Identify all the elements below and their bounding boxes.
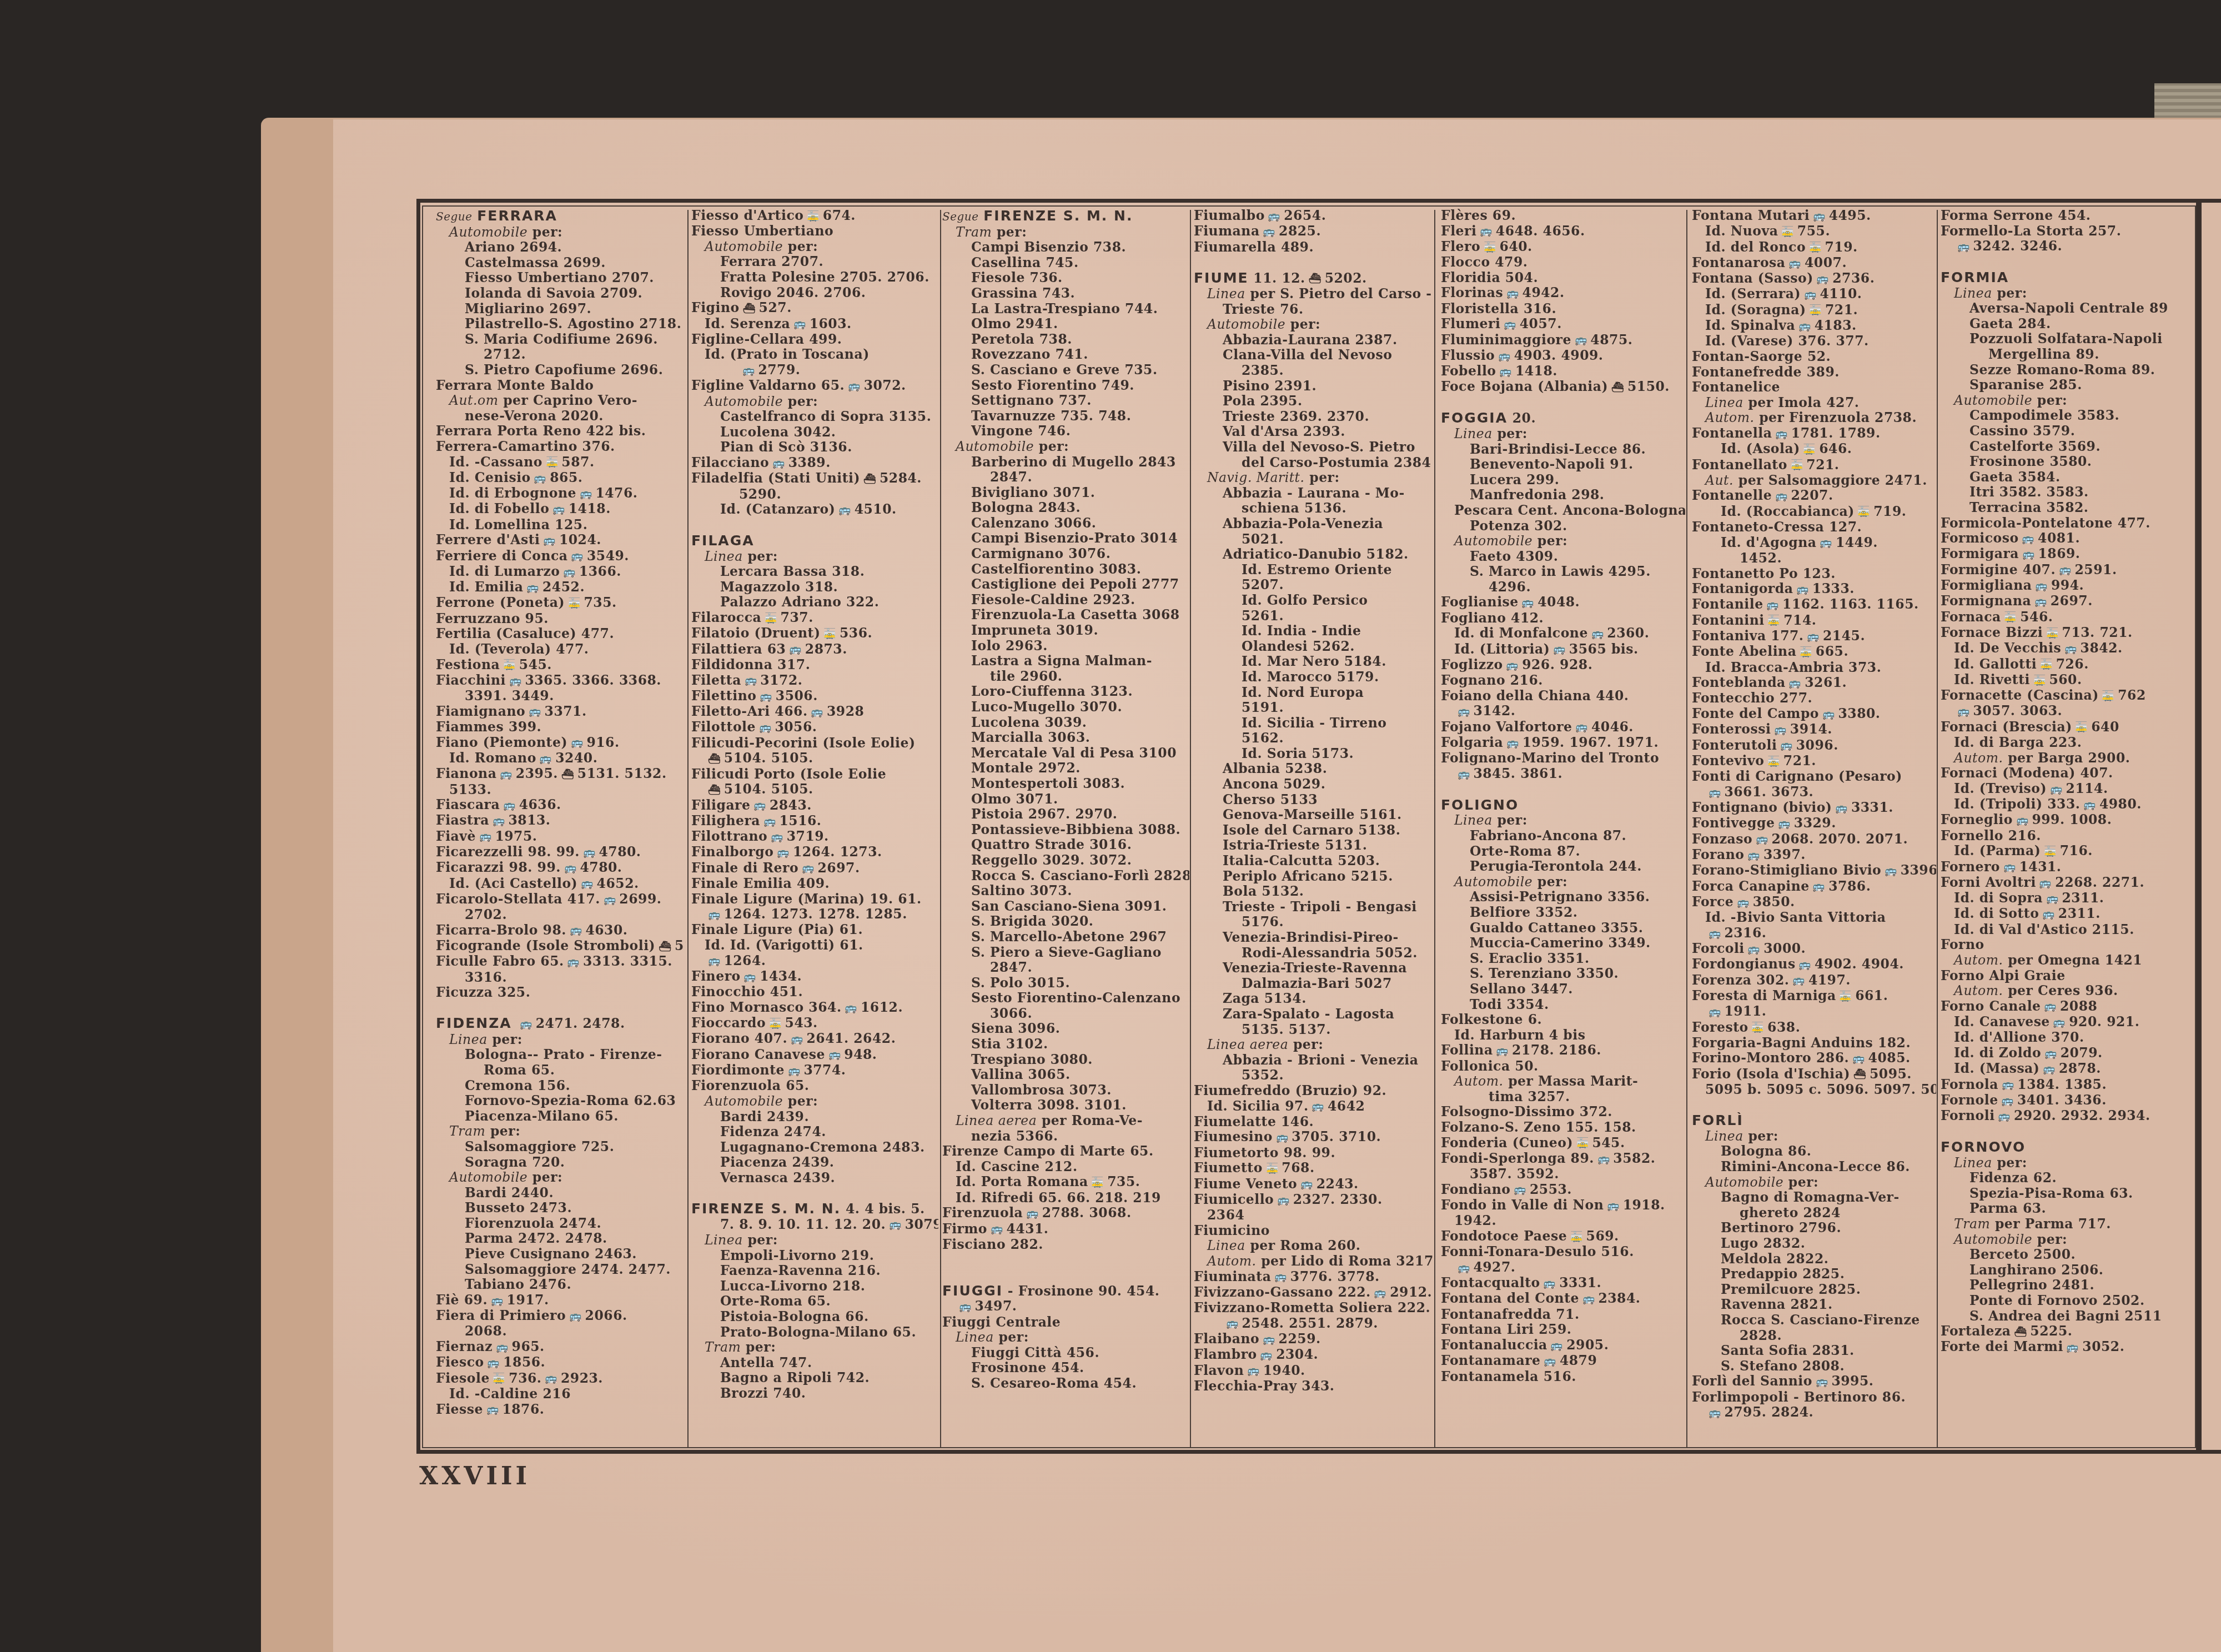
entry-text: per:: [998, 1329, 1028, 1345]
entry-text: Fiorano 407.: [691, 1031, 787, 1046]
service-type-label: Automobile: [705, 1093, 783, 1109]
entry-text: Fobello: [1441, 363, 1496, 379]
bus-icon: 🚌: [1748, 942, 1760, 957]
entry-text: Spezia-Pisa-Roma 63.: [1969, 1186, 2133, 1201]
index-entry: 2385.: [1194, 363, 1433, 379]
entry-text: 11. 12.: [1253, 270, 1305, 286]
table-numbers: 1603.: [810, 316, 852, 332]
bus-icon: 🚌: [2067, 1340, 2079, 1355]
entry-text: Ancona 5029.: [1223, 776, 1325, 792]
bus-icon: 🚌: [486, 1402, 499, 1418]
entry-text: Fiera di Primiero: [436, 1308, 566, 1323]
entry-text: Barberino di Mugello 2843: [971, 454, 1176, 470]
bus-icon: 🚌: [708, 953, 720, 969]
table-numbers: 2327. 2330.: [1293, 1192, 1383, 1207]
entry-text: Montespertoli 3083.: [971, 776, 1125, 791]
entry-text: Zaga 5134.: [1223, 991, 1307, 1006]
entry-text: Fondotoce Paese: [1441, 1228, 1567, 1244]
bus-icon: 🚌: [496, 1340, 508, 1355]
index-entry: Ficuzza 325.: [436, 985, 686, 1001]
index-entry: Id. Golfo Persico: [1194, 593, 1433, 609]
table-numbers: 1418.: [1515, 363, 1557, 379]
entry-text: Id. Id. (Varigotti) 61.: [705, 937, 863, 953]
table-numbers: 2699.: [619, 891, 661, 907]
entry-text: Fontanarosa: [1692, 255, 1786, 270]
table-numbers: 4652.: [597, 876, 639, 891]
index-entry: Ficarolo-Stellata 417.🚌2699.: [436, 892, 686, 907]
index-entry: Marcialla 3063.: [942, 730, 1189, 746]
entry-text: Roma 65.: [484, 1062, 555, 1078]
entry-text: per:: [746, 1339, 776, 1355]
entry-text: Fonterossi: [1692, 721, 1771, 737]
index-entry: Fiernaz🚌965.: [436, 1339, 686, 1355]
index-entry: Id. (Varese) 376. 377.: [1692, 334, 1936, 349]
bus-icon: 🚌: [1458, 704, 1470, 720]
index-entry: Id. India - Indie: [1194, 624, 1433, 639]
table-numbers: 4902. 4904.: [1815, 956, 1904, 972]
table-numbers: 721.: [1783, 753, 1816, 769]
bus-icon: 🚌: [1607, 1198, 1619, 1214]
entry-text: Flambro: [1194, 1347, 1257, 1362]
bus-icon: 🚌: [2044, 1046, 2057, 1062]
table-numbers: 5103: [675, 938, 686, 953]
entry-text: Id. di Barga 223.: [1954, 735, 2082, 750]
entry-text: Fognano 216.: [1441, 672, 1543, 688]
bus-icon: 🚌: [1709, 1405, 1721, 1421]
service-type-label: Linea: [705, 1232, 743, 1248]
index-entry: Tavarnuzze 735. 748.: [942, 409, 1189, 424]
index-entry: Trieste 76.: [1194, 302, 1433, 318]
ship-icon: ⛴: [708, 782, 721, 798]
entry-text: Ferrara Porta Reno 422 bis.: [436, 423, 646, 439]
entry-text: Stia 3102.: [971, 1036, 1048, 1052]
table-numbers: 768.: [1282, 1160, 1314, 1176]
service-type-label: Tram: [705, 1339, 741, 1355]
index-entry: Flocco 479.: [1441, 255, 1685, 270]
index-entry: 3587. 3592.: [1441, 1167, 1685, 1182]
index-entry: 3316.: [436, 970, 686, 986]
ship-icon: ⛴: [743, 301, 756, 317]
index-entry: Id. Romano🚌3240.: [436, 751, 686, 766]
entry-text: Campi Bisenzio-Prato 3014: [971, 530, 1178, 546]
index-entry: 5135. 5137.: [1194, 1022, 1433, 1038]
index-entry: Faeto 4309.: [1441, 549, 1685, 565]
index-entry: Loro-Ciuffenna 3123.: [942, 684, 1189, 700]
index-entry: S. Cesareo-Roma 454.: [942, 1376, 1189, 1392]
entry-text: nezia 5366.: [971, 1128, 1058, 1144]
index-entry: Manfredonia 298.: [1441, 488, 1685, 503]
entry-text: Abbazia - Brioni - Venezia: [1223, 1052, 1418, 1068]
entry-text: Fiumana: [1194, 223, 1260, 239]
entry-text: Fontan-Saorge 52.: [1692, 349, 1831, 364]
index-entry: Flambro🚌2304.: [1194, 1347, 1433, 1363]
index-entry: Montespertoli 3083.: [942, 776, 1189, 792]
table-numbers: 2452.: [542, 579, 585, 595]
index-entry: Santa Sofia 2831.: [1692, 1343, 1936, 1359]
index-entry: Fiastra🚌3813.: [436, 813, 686, 828]
index-entry: Forcoli🚌3000.: [1692, 941, 1936, 957]
index-entry: Forano🚌3397.: [1692, 847, 1936, 863]
entry-text: Filetto-Ari 466.: [691, 704, 808, 719]
entry-text: Fordongianus: [1692, 956, 1796, 972]
bus-icon: 🚌: [2059, 563, 2071, 578]
entry-text: Magazzolo 318.: [720, 579, 838, 595]
bus-icon: 🚌: [1458, 767, 1470, 782]
index-entry: Tram per:: [436, 1124, 686, 1139]
entry-text: Siena 3096.: [971, 1021, 1060, 1036]
index-entry: 5290.: [691, 487, 938, 503]
index-entry: Folignano-Marino del Tronto: [1441, 751, 1685, 766]
entry-text: Sesto Fiorentino 749.: [971, 378, 1134, 393]
entry-text: Formignana: [1941, 593, 2031, 609]
index-entry: Linea per:: [691, 1233, 938, 1248]
entry-text: Floridia 504.: [1441, 270, 1538, 285]
bus-icon: 🚌: [1480, 224, 1492, 239]
index-entry: Finero🚌1434.: [691, 969, 938, 985]
table-numbers: 1781. 1789.: [1791, 425, 1881, 441]
index-entry: S. Polo 3015.: [942, 976, 1189, 991]
service-type-label: Tram: [956, 224, 992, 240]
index-entry: Fornola🚌1384. 1385.: [1941, 1077, 2193, 1093]
entry-text: Forano-Stimigliano Bivio: [1692, 862, 1881, 878]
bus-icon: 🚌: [1498, 349, 1510, 364]
index-entry: Id. Mar Nero 5184.: [1194, 654, 1433, 670]
station-heading: FOGGIA: [1441, 410, 1508, 426]
index-entry: Linea per Roma 260.: [1194, 1238, 1433, 1254]
index-entry: Fiorenzuola 65.: [691, 1078, 938, 1094]
index-entry: Val d'Arsa 2393.: [1194, 424, 1433, 440]
index-entry: Genova-Marseille 5161.: [1194, 807, 1433, 823]
bus-icon: 🚌: [1374, 1286, 1386, 1301]
entry-text: Lastra a Signa Malman-: [971, 653, 1152, 669]
tram-icon: 🚋: [1781, 224, 1793, 240]
index-entry: Id. d'Agogna🚌1449.: [1692, 535, 1936, 551]
entry-text: Olmo 2941.: [971, 316, 1058, 332]
index-entry: Lugagnano-Cremona 2483.: [691, 1140, 938, 1156]
index-entry: Castelfiorentino 3083.: [942, 562, 1189, 578]
index-entry: Fiordimonte🚌3774.: [691, 1063, 938, 1078]
index-entry: Fordongianus🚌4902. 4904.: [1692, 957, 1936, 972]
index-entry: 5191.: [1194, 700, 1433, 716]
index-entry: Forio (Isola d'Ischia)⛴5095.: [1692, 1067, 1936, 1082]
index-entry: Fiesole🚋736.🚌2923.: [436, 1371, 686, 1387]
index-entry: Id. di Sopra🚌2311.: [1941, 891, 2193, 906]
table-numbers: 714.: [1783, 612, 1816, 628]
entry-text: Vingone 746.: [971, 423, 1071, 439]
index-entry: Fontevivo🚋721.: [1692, 754, 1936, 769]
entry-text: Fiesole: [436, 1370, 490, 1386]
table-numbers: 3842.: [2081, 640, 2123, 656]
index-entry: Figline-Cellara 499.: [691, 332, 938, 348]
index-entry: Id. (Aci Castello)🚌4652.: [436, 876, 686, 892]
index-entry: S. Pietro Capofiume 2696.: [436, 363, 686, 378]
index-entry: Ancona 5029.: [1194, 777, 1433, 792]
entry-text: Id. -Bivio Santa Vittoria: [1705, 910, 1886, 925]
entry-text: Abbazia-Laurana 2387.: [1223, 332, 1398, 348]
index-entry: 5162.: [1194, 731, 1433, 746]
entry-text: Id. Sicilia - Tirreno: [1242, 715, 1387, 731]
table-numbers: 4648. 4656.: [1496, 223, 1585, 239]
index-entry: Fontanellato🚋721.: [1692, 458, 1936, 473]
index-entry: Autom. per Firenzuola 2738.: [1692, 410, 1936, 426]
index-entry: Cherso 5133: [1194, 792, 1433, 808]
table-numbers: 1418.: [569, 501, 611, 516]
table-numbers: 4081.: [2038, 530, 2080, 546]
entry-text: Villa del Nevoso-S. Pietro: [1223, 439, 1415, 455]
entry-text: 1452.: [1740, 550, 1782, 566]
bus-icon: 🚌: [788, 1063, 800, 1079]
bus-icon: 🚌: [2022, 547, 2034, 563]
entry-text: Fornovo-Spezia-Roma 62.63: [465, 1093, 676, 1108]
tram-icon: 🚋: [2076, 720, 2088, 735]
bus-icon: 🚌: [571, 735, 583, 751]
table-numbers: 4085.: [1868, 1050, 1911, 1066]
index-entry: Campodimele 3583.: [1941, 408, 2193, 424]
ship-icon: ⛴: [863, 471, 876, 487]
entry-text: Id. Canavese: [1954, 1014, 2050, 1030]
entry-text: Lugagnano-Cremona 2483.: [720, 1139, 925, 1155]
entry-text: Ferriere di Conca: [436, 548, 568, 564]
table-numbers: 2268. 2271.: [2055, 875, 2144, 890]
table-numbers: 661.: [1855, 988, 1888, 1003]
entry-text: Pieve Cusignano 2463.: [465, 1246, 637, 1262]
index-entry: Soragna 720.: [436, 1155, 686, 1171]
service-type-label: Aut.: [1705, 473, 1733, 488]
entry-text: S. Marco in Lawis 4295.: [1470, 564, 1651, 579]
index-entry: nese-Verona 2020.: [436, 409, 686, 424]
index-entry: Saltino 3073.: [942, 883, 1189, 899]
index-entry: Formignana🚌2697.: [1941, 594, 2193, 609]
index-entry: Filatoio (Druent)🚋536.: [691, 626, 938, 641]
entry-text: Belfiore 3352.: [1470, 905, 1578, 920]
entry-text: 4. 4 bis. 5.: [846, 1201, 925, 1217]
bus-icon: 🚌: [2050, 782, 2062, 797]
entry-text: Festiona: [436, 657, 500, 672]
entry-text: Id. Mar Nero 5184.: [1242, 654, 1386, 669]
bus-icon: 🚌: [2039, 876, 2052, 891]
index-entry: Autom. per Lido di Roma 3217: [1194, 1254, 1433, 1269]
index-entry: Vernasca 2439.: [691, 1171, 938, 1186]
bus-icon: 🚌: [503, 798, 515, 814]
entry-text: Foce Bojana (Albania): [1441, 379, 1608, 394]
bus-icon: 🚌: [1553, 642, 1565, 657]
bus-icon: 🚌: [1268, 209, 1280, 224]
table-numbers: 1911.: [1724, 1003, 1766, 1019]
table-numbers: 5225.: [2030, 1323, 2072, 1339]
entry-text: 4296.: [1489, 579, 1531, 595]
index-entry: Id. (Roccabianca)🚋719.: [1692, 504, 1936, 520]
entry-text: Id. (Prato in Toscana): [705, 347, 870, 362]
index-entry: Finale Ligure (Marina) 19. 61.: [691, 892, 938, 907]
entry-text: per Roma 260.: [1250, 1238, 1360, 1253]
index-entry: Albania 5238.: [1194, 761, 1433, 777]
index-entry: Fojano Valfortore🚌4046.: [1441, 720, 1685, 735]
entry-text: Fabriano-Ancona 87.: [1470, 828, 1626, 843]
column-divider: [1686, 210, 1687, 1448]
entry-text: Formigliana: [1941, 578, 2032, 593]
index-entry: S. Andrea dei Bagni 2511: [1941, 1309, 2193, 1324]
index-entry: Autom. per Massa Marit-: [1441, 1074, 1685, 1089]
service-type-label: Automobile: [1454, 533, 1532, 549]
index-entry: Tram per Parma 717.: [1941, 1217, 2193, 1232]
index-entry: Ponte di Fornovo 2502.: [1941, 1293, 2193, 1309]
table-numbers: 2912.: [1390, 1284, 1432, 1300]
index-entry: Finalborgo🚌1264. 1273.: [691, 845, 938, 860]
index-entry: Fluminimaggiore🚌4875.: [1441, 333, 1685, 348]
entry-text: Id. Cenisio: [449, 470, 531, 485]
tram-icon: 🚋: [493, 1371, 505, 1387]
index-entry: Fioccardo🚋543.: [691, 1016, 938, 1031]
bus-icon: 🚌: [1798, 319, 1811, 334]
entry-text: S. Marcello-Abetone 2967: [971, 929, 1167, 945]
bus-icon: 🚌: [563, 565, 575, 580]
index-entry: Aut.om per Caprino Vero-: [436, 393, 686, 409]
index-entry: Tram per:: [942, 225, 1189, 240]
bus-icon: 🚌: [1300, 1177, 1313, 1192]
index-entry: Fornoli🚌2920. 2932. 2934.: [1941, 1108, 2193, 1124]
index-entry: Ravenna 2821.: [1692, 1297, 1936, 1313]
table-numbers: 3331.: [1559, 1275, 1601, 1291]
entry-text: Fiumetorto 98. 99.: [1194, 1145, 1335, 1161]
entry-text: Id. Porta Romana: [956, 1174, 1088, 1189]
service-type-label: Linea: [1954, 1155, 1992, 1171]
entry-text: Fojano Valfortore: [1441, 719, 1572, 735]
index-entry: Zara-Spalato - Lagosta: [1194, 1007, 1433, 1022]
entry-text: Id. di Sopra: [1954, 890, 2043, 906]
entry-text: Ferrera-Camartino 376.: [436, 439, 615, 454]
service-type-label: Aut.om: [449, 393, 498, 408]
entry-text: Fisciano 282.: [942, 1237, 1043, 1252]
table-numbers: 674.: [823, 208, 856, 223]
entry-text: Parma 2472. 2478.: [465, 1231, 607, 1246]
entry-text: Olmo 3071.: [971, 791, 1058, 807]
spacer: [1441, 782, 1685, 797]
table-numbers: 3389.: [788, 455, 831, 470]
table-numbers: 640.: [1500, 239, 1532, 254]
entry-text: Id. Estremo Oriente: [1242, 562, 1392, 578]
bus-icon: 🚌: [1789, 256, 1801, 272]
entry-text: Id. (Roccabianca): [1721, 504, 1855, 519]
service-type-label: Linea: [1454, 426, 1493, 441]
index-entry: Sezze Romano-Roma 89.: [1941, 363, 2193, 378]
index-entry: Id. di Erbognone🚌1476.: [436, 486, 686, 501]
service-type-label: Linea: [449, 1032, 488, 1047]
entry-text: Folgaria: [1441, 735, 1503, 750]
index-entry: Linea per:: [691, 549, 938, 565]
index-entry: Linea per S. Pietro del Carso -: [1194, 287, 1433, 302]
index-entry: Fiesso Umbertiano 2707.: [436, 270, 686, 286]
table-numbers: 1024.: [559, 532, 601, 548]
index-entry: Pisino 2391.: [1194, 379, 1433, 394]
entry-text: Fontevivo: [1692, 753, 1764, 769]
index-entry: Forno: [1941, 937, 2193, 953]
index-entry: Fiumana🚌2825.: [1194, 224, 1433, 239]
tram-icon: 🚋: [1809, 240, 1821, 255]
index-entry: Terracina 3582.: [1941, 500, 2193, 516]
entry-text: Fonti di Carignano (Pesaro): [1692, 769, 1902, 784]
index-entry: Migliarino 2697.: [436, 302, 686, 317]
bus-icon: 🚌: [552, 502, 565, 518]
entry-text: Rimini-Ancona-Lecce 86.: [1721, 1159, 1910, 1174]
entry-text: Id. (Varese) 376. 377.: [1705, 333, 1869, 349]
index-entry: Linea per:: [436, 1032, 686, 1048]
table-numbers: 3172.: [760, 672, 802, 688]
entry-text: Soragna 720.: [465, 1154, 565, 1170]
table-numbers: 2641. 2642.: [807, 1031, 896, 1046]
entry-text: S. Polo 3015.: [971, 975, 1070, 991]
index-entry: Figino⛴527.: [691, 300, 938, 316]
table-numbers: 2360.: [1607, 625, 1649, 641]
index-entry: 2828.: [1692, 1328, 1936, 1344]
bus-icon: 🚌: [1551, 1338, 1563, 1354]
entry-text: Empoli-Livorno 219.: [720, 1248, 874, 1263]
index-entry: Fiumelatte 146.: [1194, 1114, 1433, 1130]
entry-text: Perugia-Terontola 244.: [1470, 858, 1642, 874]
entry-text: Fornoli: [1941, 1108, 1995, 1123]
entry-text: Ponte di Fornovo 2502.: [1969, 1293, 2145, 1308]
index-entry: Forgaria-Bagni Anduins 182.: [1692, 1036, 1936, 1051]
entry-text: Fornaci (Modena) 407.: [1941, 765, 2113, 781]
entry-text: Fidenza 62.: [1969, 1170, 2057, 1186]
index-entry: Id. (Treviso)🚌2114.: [1941, 781, 2193, 797]
entry-text: Id. Nuova: [1705, 223, 1778, 239]
entry-text: Ficulle Fabro 65.: [436, 953, 564, 969]
entry-text: Salsomaggiore 725.: [465, 1139, 614, 1154]
service-type-label: Autom.: [1454, 1073, 1503, 1089]
entry-text: Bologna-- Prato - Firenze-: [465, 1047, 662, 1062]
table-numbers: 5284.: [880, 470, 922, 486]
bus-icon: 🚌: [1544, 1354, 1556, 1369]
entry-text: Fontanile: [1692, 596, 1763, 612]
table-numbers: 4636.: [519, 797, 561, 812]
index-entry: 3391. 3449.: [436, 689, 686, 704]
entry-text: Prato-Bologna-Milano 65.: [720, 1324, 916, 1340]
entry-text: Fiuggi Centrale: [942, 1314, 1061, 1330]
index-entry: Folsogno-Dissimo 372.: [1441, 1104, 1685, 1120]
entry-text: Forio (Isola d'Ischia): [1692, 1066, 1850, 1082]
table-numbers: 1449.: [1836, 535, 1878, 550]
index-entry: Pescara Cent. Ancona-Bologna 86: [1441, 503, 1685, 519]
table-numbers: 5131. 5132.: [577, 766, 667, 781]
bus-icon: 🚌: [1496, 1043, 1509, 1059]
bus-icon: 🚌: [1263, 224, 1275, 240]
entry-text: Rocca S. Casciano-Forlì 2828.: [971, 868, 1189, 883]
entry-text: Fontana Liri 259.: [1441, 1322, 1571, 1337]
entry-text: Forino-Montoro 286.: [1692, 1050, 1849, 1066]
tram-icon: 🚋: [1752, 1020, 1764, 1036]
entry-text: Forca Canapine: [1692, 878, 1810, 894]
index-entry: Gaeta 284.: [1941, 317, 2193, 332]
entry-text: Fonte Abelina: [1692, 644, 1796, 659]
entry-text: per Ceres 936.: [2008, 983, 2118, 998]
index-entry: Pilastrello-S. Agostino 2718.: [436, 317, 686, 332]
index-entry: Id. Cascine 212.: [942, 1159, 1189, 1175]
index-entry: Figline Valdarno 65.🚌3072.: [691, 378, 938, 394]
bus-icon: 🚌: [745, 673, 757, 689]
entry-text: Folignano-Marino del Tronto: [1441, 750, 1659, 766]
entry-text: Meldola 2822.: [1721, 1251, 1828, 1267]
entry-text: Id. d'Allione 370.: [1954, 1030, 2084, 1045]
entry-text: schiena 5136.: [1242, 500, 1346, 516]
index-entry: Forlì del Sannio🚌3995.: [1692, 1374, 1936, 1389]
table-numbers: 546.: [2020, 609, 2053, 625]
table-numbers: 4183.: [1815, 318, 1857, 333]
entry-text: Fonte del Campo: [1692, 706, 1819, 721]
entry-text: Loro-Ciuffenna 3123.: [971, 684, 1133, 699]
index-entry: Venezia-Trieste-Ravenna: [1194, 961, 1433, 976]
service-type-label: Linea: [1454, 812, 1493, 828]
index-entry: Fondi-Sperlonga 89.🚌3582.: [1441, 1151, 1685, 1167]
